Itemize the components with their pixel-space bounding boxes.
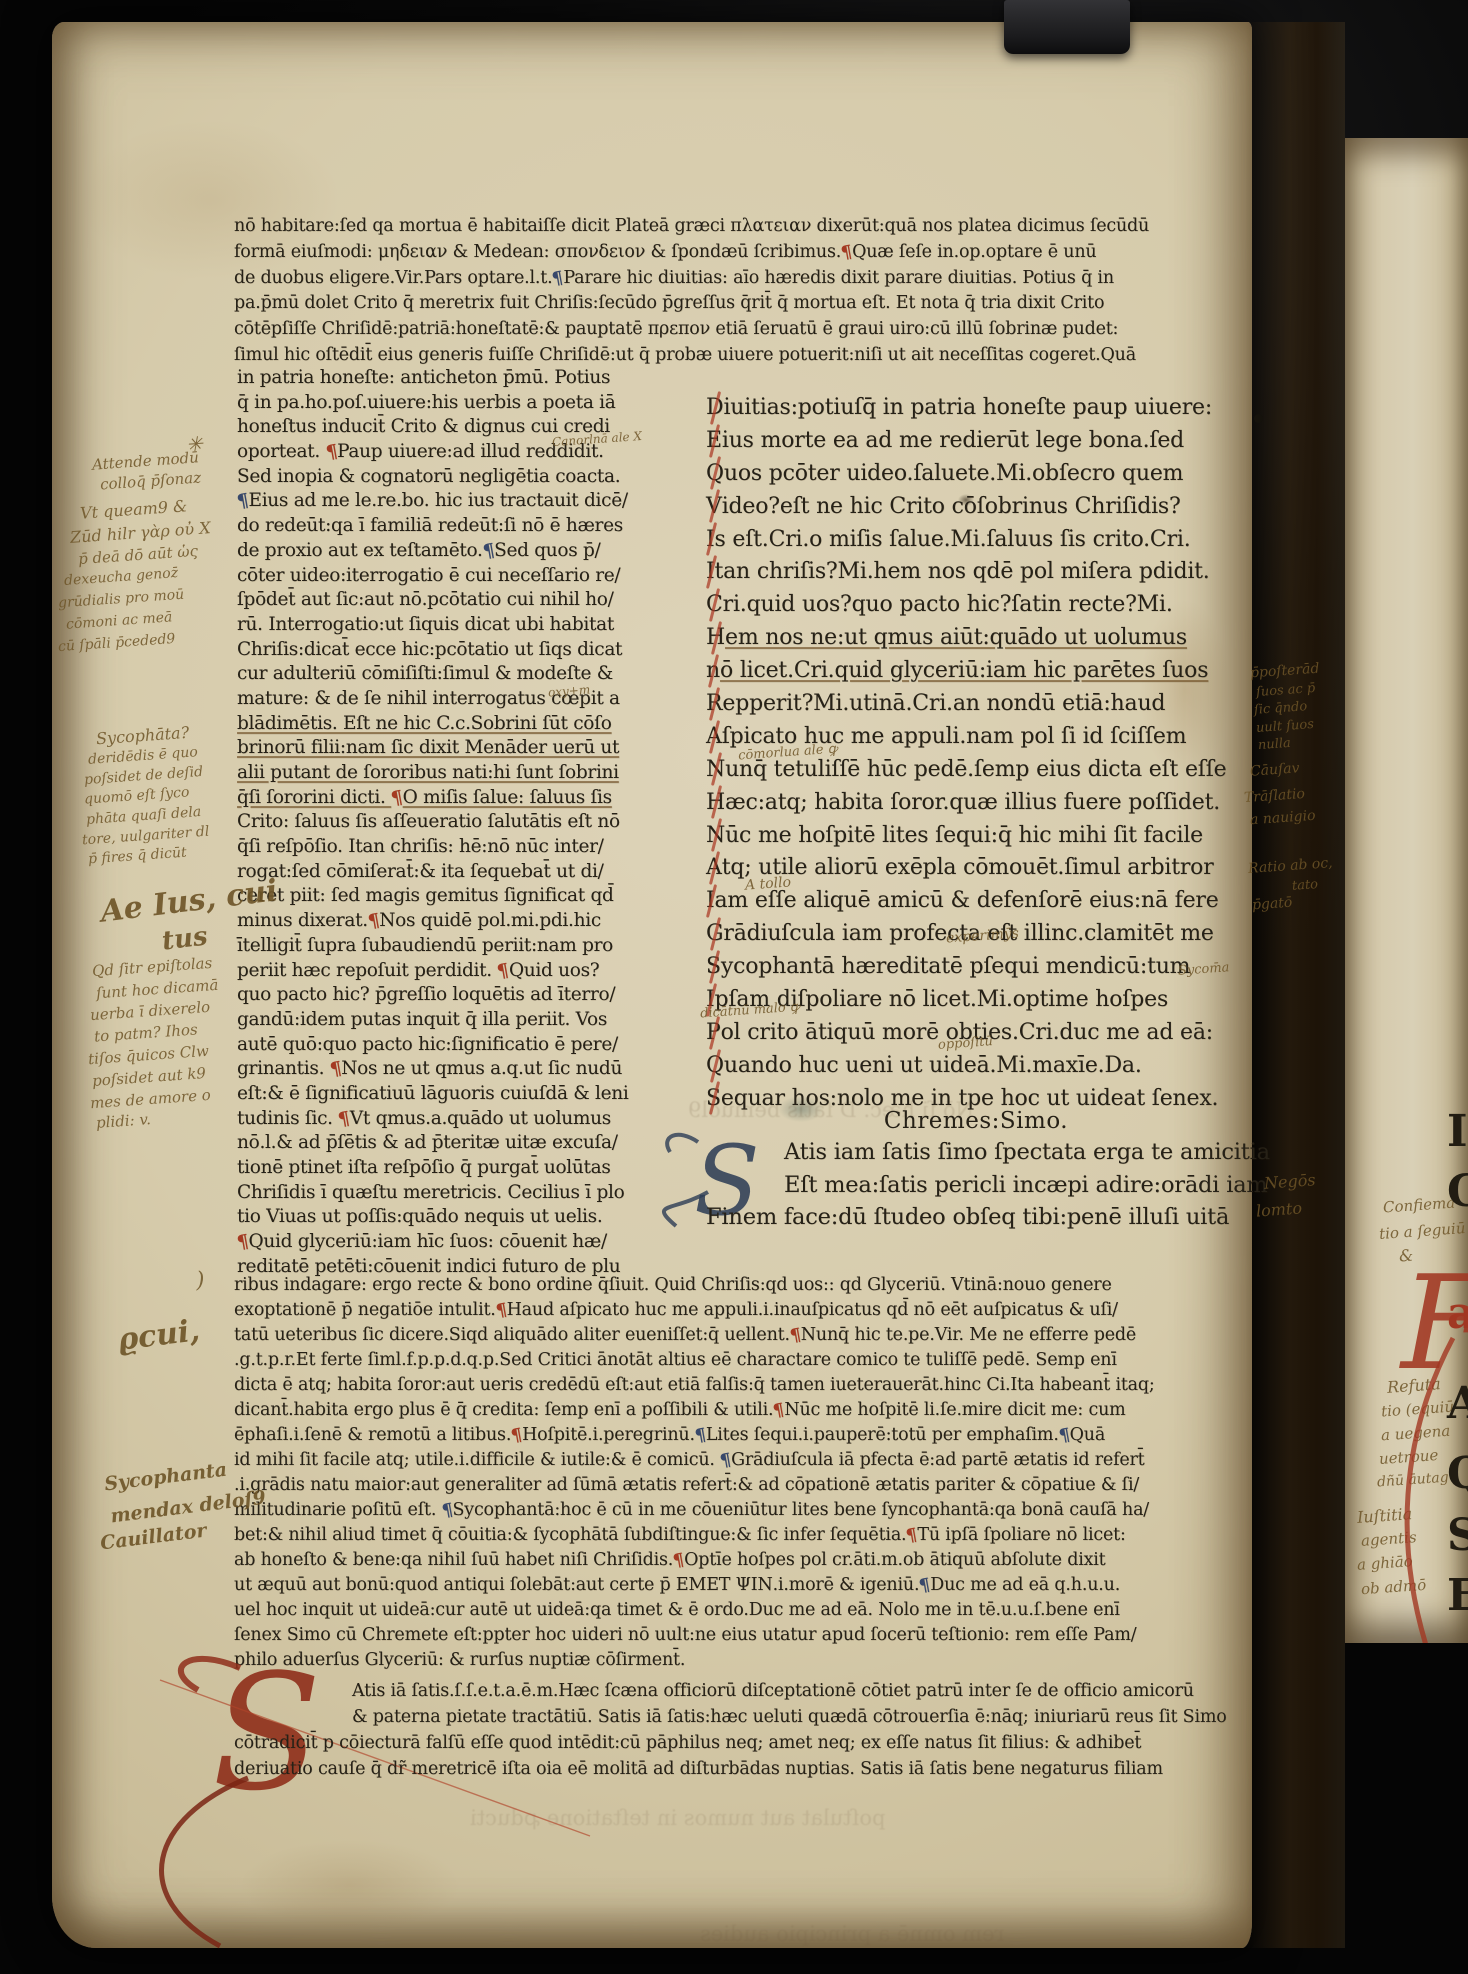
- ink-dot: [1254, 414, 1263, 423]
- commentary-line: q̄ſi ſororini dicti. ¶O miſis ſalue: ſal…: [237, 786, 629, 811]
- handwritten-note: oxy+m: [548, 683, 591, 700]
- final-paragraph: Atis iā ſatis.ſ.ſ.e.t.a.ē.m.Hæc ſcæna of…: [234, 1678, 1227, 1782]
- scene-lines: Atis iam ſatis ſimo ſpectata erga te ami…: [706, 1136, 1270, 1234]
- commentary-line: periit hæc repoſuit perdidit. ¶Quid uos?: [237, 959, 629, 984]
- commentary-line: ribus indagare: ergo recte & bono ordine…: [234, 1273, 1155, 1298]
- left-column: in patria honeſte: anticheton p̄mū. Poti…: [237, 366, 629, 1279]
- commentary-line: ut æquū aut bonū:quod antiqui ſolebāt:au…: [234, 1573, 1155, 1598]
- ghost-line: rem omnē a principio audies: [700, 1922, 1005, 1946]
- commentary-line: ſpōdet̄ aut ſic:aut nō.pcōtatio cui nihi…: [237, 588, 629, 613]
- commentary-line: exoptationē p̄ negatiōe intulit.¶Haud aſ…: [234, 1298, 1155, 1323]
- commentary-line: autē quō:quo pacto hic:ſignificatio ē pe…: [237, 1033, 629, 1058]
- handwritten-note: Negōs: [1263, 1170, 1316, 1193]
- verse-line: Video?eſt ne hic Crito cōſobrinus Chriſi…: [706, 491, 1227, 524]
- facing-page-edge: Confiematio a ſeguiū&Refutatio (equiūa u…: [1345, 138, 1468, 1643]
- commentary-line: gandū:idem putas inquit q̄ illa periit. …: [237, 1008, 629, 1033]
- commentary-line: bet:& nihil aliud timet q̄ cōuitia:& ſyc…: [234, 1523, 1155, 1548]
- commentary-line: & paterna pietate tractātiū. Satis iā ſa…: [352, 1704, 1227, 1730]
- bottom-commentary-block: ribus indagare: ergo recte & bono ordine…: [234, 1273, 1155, 1673]
- commentary-line: cōtradicit̄ p cōiecturā falſū eſſe quod …: [234, 1730, 1227, 1756]
- cut-off-letter: C: [1447, 1166, 1468, 1217]
- top-commentary-block: nō habitare:ſed qa mortua ē habitaiſſe d…: [234, 214, 1149, 369]
- cut-off-letter: I: [1447, 1106, 1468, 1157]
- commentary-line: q̄ in pa.ho.poſ.uiuere:his uerbis a poet…: [237, 391, 629, 416]
- commentary-line: de duobus eligere.Vir.Pars optare.l.t.¶P…: [234, 266, 1149, 292]
- verse-line: Nūc me hoſpitē lites ſequi:q̄ hic mihi ſ…: [706, 820, 1227, 853]
- commentary-line: minus dixerat.¶Nos quidē pol.mi.pdi.hic: [237, 909, 629, 934]
- commentary-line: ab honeſto & bene:qa nihil ſuū habet niſ…: [234, 1548, 1155, 1573]
- commentary-line: cōter uideo:iterrogatio ē cui neceſſario…: [237, 564, 629, 589]
- commentary-line: pa.p̄mū dolet Crito q̄ meretrix fuit Chr…: [234, 291, 1149, 317]
- commentary-line: tatū ueteribus ſic dicere.Siqd aliquādo …: [234, 1323, 1155, 1348]
- book-clamp: [1004, 0, 1130, 54]
- book-gutter-shadow: [1245, 22, 1345, 1948]
- verse-line-scene: Atis iam ſatis ſimo ſpectata erga te ami…: [784, 1136, 1270, 1169]
- commentary-line: dicta ē atq; habita ſoror:aut ueris cred…: [234, 1373, 1155, 1398]
- commentary-line: ſimul hic oſtēdit̄ eius generis fuiſſe C…: [234, 343, 1149, 369]
- red-initial-flourish-facing-page: F: [1345, 1218, 1468, 1643]
- commentary-line: cōtēpſiſſe Chriſidē:patriā:honeſtatē:& p…: [234, 317, 1149, 343]
- handwritten-note: tato: [1292, 877, 1319, 894]
- commentary-line: .g.t.p.r.Et ferte ſiml.f.p.p.d.q.p.Sed C…: [234, 1348, 1155, 1373]
- verse-line: Sycophantā hæreditatē pſequi mendicū:tum: [706, 951, 1227, 984]
- commentary-line: in patria honeſte: anticheton p̄mū. Poti…: [237, 366, 629, 391]
- verse-line: Is eſt.Cri.o miſis ſalue.Mi.ſaluus ſis c…: [706, 524, 1227, 557]
- commentary-line: Atis iā ſatis.ſ.ſ.e.t.a.ē.m.Hæc ſcæna of…: [352, 1678, 1227, 1704]
- commentary-line: do redeūt:qa ī familiā redeūt:ſi nō ē hæ…: [237, 514, 629, 539]
- commentary-line: q̄ſi reſpōſio. Itan chriſis: hē:nō nūc i…: [237, 835, 629, 860]
- commentary-line: .i.grādis natu maior:aut generaliter ad …: [234, 1473, 1155, 1498]
- commentary-line: nō habitare:ſed qa mortua ē habitaiſſe d…: [234, 214, 1149, 240]
- commentary-line: tionē ptinet iſta reſpōſio q̄ purgat̄ uo…: [237, 1156, 629, 1181]
- verse-line-scene: Finem face:dū ſtudeo obſeq tibi:penē ill…: [706, 1201, 1270, 1234]
- verse-line: nō licet.Cri.quid glyceriū:iam hic parēt…: [706, 655, 1227, 688]
- commentary-line: rogat:ſed cōmiſerat̄:& ita ſequebat̄ ut …: [237, 860, 629, 885]
- verse-line: Itan chriſis?Mi.hem nos qdē pol miſera p…: [706, 556, 1227, 589]
- commentary-line: ītelligit̄ ſupra ſubaudiendū periit:nam …: [237, 934, 629, 959]
- commentary-line: deriuatio cauſe q̄ dr̃ meretricē iſta oi…: [234, 1756, 1227, 1782]
- commentary-line: ēphaſi.i.ſenē & remotū a litibus.¶Hoſpit…: [234, 1423, 1155, 1448]
- commentary-line: id mihi ſit facile atq; utile.i.difficil…: [234, 1448, 1155, 1473]
- verse-line: Cri.quid uos?quo pacto hic?ſatin recte?M…: [706, 589, 1227, 622]
- handwritten-note: ): [195, 1268, 205, 1294]
- commentary-line: de proxio aut ex teſtamēto.¶Sed quos p̄/: [237, 539, 629, 564]
- commentary-line: ¶Eius ad me le.re.bo. hic ius tractauit …: [237, 489, 629, 514]
- commentary-line: Chriſis:dicat̄ ecce hic:pcōtatio ut ſiqs…: [237, 638, 629, 663]
- photograph-of-incunabulum-page: Confiematio a ſeguiū&Refutatio (equiūa u…: [0, 0, 1468, 1974]
- verse-line: Quos pcōter uideo.ſaluete.Mi.obſecro que…: [706, 458, 1227, 491]
- verse-line: Diuitias:potiuſq̄ in patria honeſte paup…: [706, 392, 1227, 425]
- commentary-line: dicant̄.habita ergo plus ē q̄ credita: ſ…: [234, 1398, 1155, 1423]
- handwritten-note: nulla: [1258, 736, 1292, 753]
- handwritten-note: Confiema: [1382, 1194, 1455, 1217]
- verse-line: Hem nos ne:ut qmus aiūt:quādo ut uolumus: [706, 622, 1227, 655]
- handwritten-note: A tollo: [744, 874, 791, 893]
- commentary-line: rū. Interrogatio:ut ſiquis dicat ubi hab…: [237, 613, 629, 638]
- commentary-line: uel hoc inquit ut uideā:cur autē ut uide…: [234, 1598, 1155, 1623]
- commentary-line: Sed inopia & cognatorū negligētia coacta…: [237, 465, 629, 490]
- commentary-line: militudinarie poſitū eſt. ¶Sycophantā:ho…: [234, 1498, 1155, 1523]
- commentary-line: grinantis. ¶Nos ne ut qmus a.q.ut ſic nu…: [237, 1057, 629, 1082]
- verse-line: Repperit?Mi.utinā.Cri.an nondū etiā:haud: [706, 688, 1227, 721]
- commentary-line: Crito: ſaluus ſis aſſeueratio ſalutātis …: [237, 810, 629, 835]
- verse-line: Hæc:atq; habita ſoror.quæ illius fuere p…: [706, 787, 1227, 820]
- commentary-line: ceret piit: ſed magis gemitus ſignificat…: [237, 884, 629, 909]
- commentary-line: brinorū filii:nam ſic dixit Menāder uerū…: [237, 736, 629, 761]
- verse-line: Quando huc ueni ut uideā.Mi.maxīe.Da.: [706, 1050, 1227, 1083]
- handwritten-note: plidi: v.: [95, 1110, 151, 1132]
- verse-line: Eius morte ea ad me redierūt lege bona.ſ…: [706, 425, 1227, 458]
- commentary-line: alii putant de ſororibus nati:hi ſunt ſo…: [237, 761, 629, 786]
- commentary-line: eſt:& ē ſignificatiuū lāguoris cuiuſdā &…: [237, 1082, 629, 1107]
- commentary-line: blādimētis. Eſt ne hic C.c.Sobrini ſūt c…: [237, 712, 629, 737]
- commentary-line: tudinis ſic. ¶Vt qmus.a.quādo ut uolumus: [237, 1107, 629, 1132]
- commentary-line: nō.l.& ad p̄ſētis & ad p̄teritæ uitæ exc…: [237, 1131, 629, 1156]
- commentary-line: ¶Quid glyceriū:iam hīc ſuos: cōuenit hæ/: [237, 1230, 629, 1255]
- handwritten-note: tus: [160, 921, 209, 956]
- verse-line-scene: Eſt mea:ſatis pericli incæpi adire:orādi…: [784, 1169, 1270, 1202]
- commentary-line: quo pacto hic? p̄greſſio loquētis ad īte…: [237, 983, 629, 1008]
- commentary-line: formā eiuſmodi: μηδειαν & Medean: σπονδε…: [234, 240, 1149, 266]
- commentary-line: Chriſidis ī quæſtu meretricis. Cecilius …: [237, 1181, 629, 1206]
- handwritten-note: p̄gatō: [1251, 895, 1292, 914]
- handwritten-note: Cāuſav: [1250, 760, 1301, 779]
- handwritten-note: lomto: [1255, 1198, 1302, 1220]
- commentary-line: tio Viuas ut poſſis:quādo nequis ut ueli…: [237, 1205, 629, 1230]
